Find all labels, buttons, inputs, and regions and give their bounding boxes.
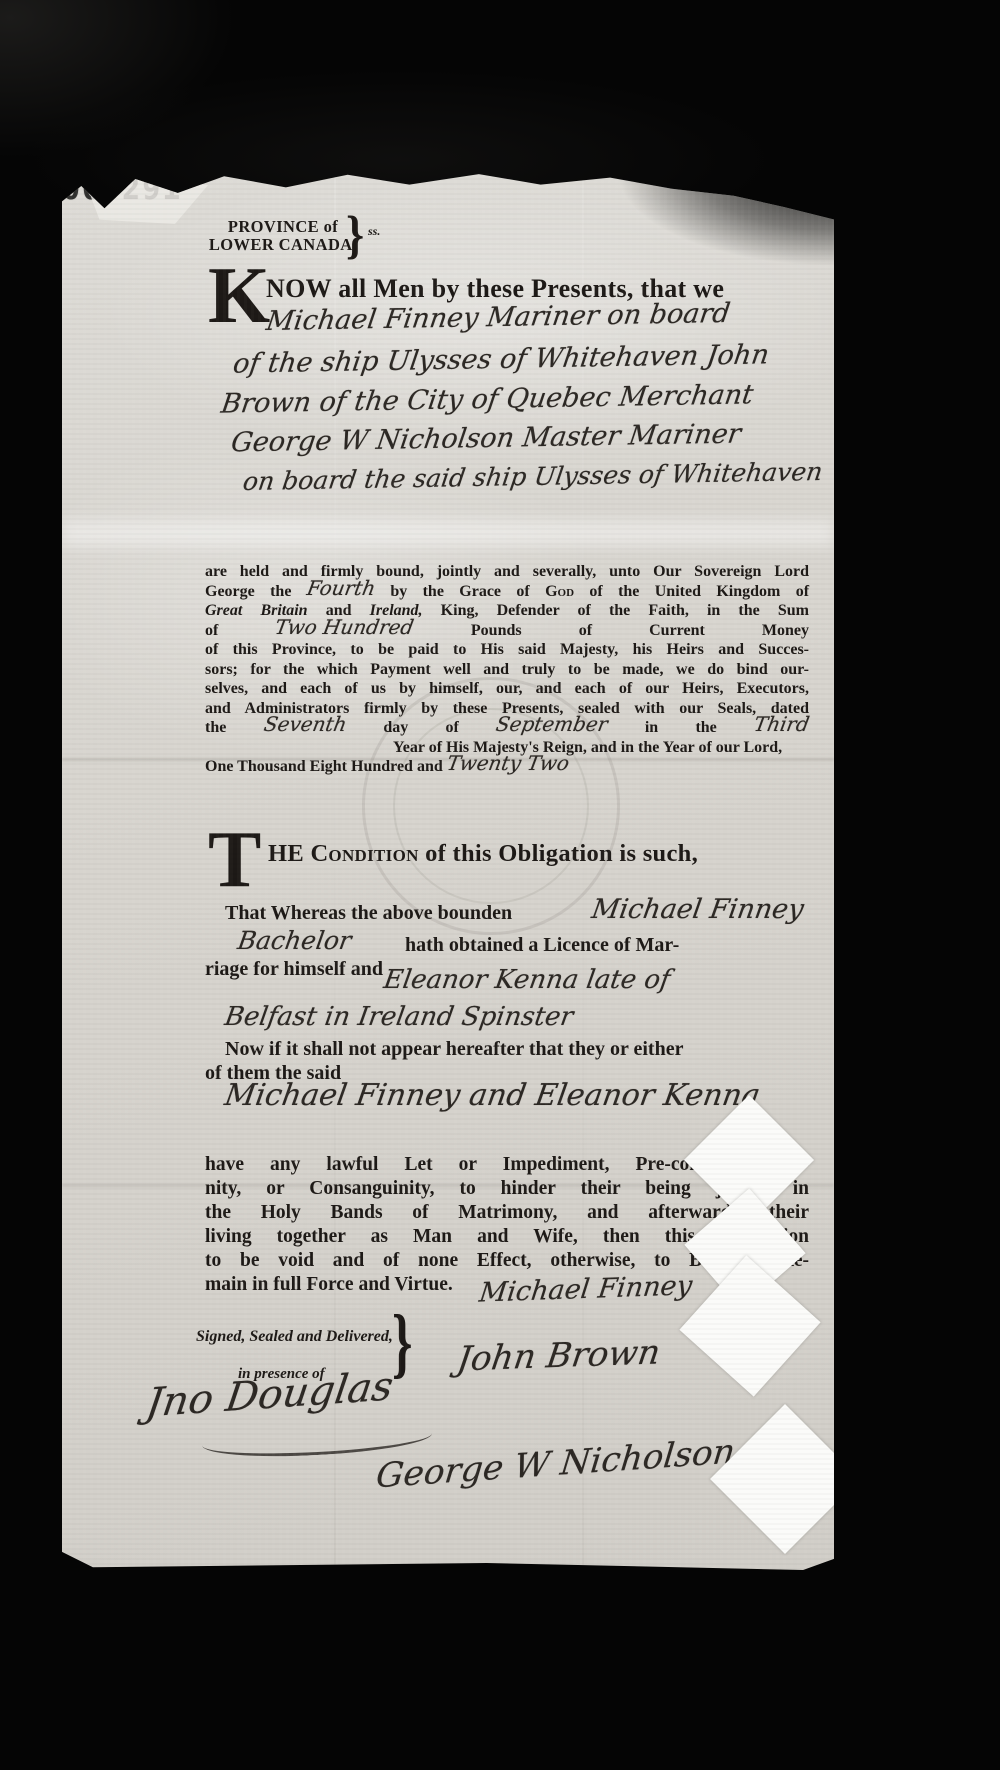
condition-heading: HE Condition of this Obligation is such, (268, 840, 698, 868)
paper-fold-corner (90, 170, 208, 224)
scanned-document-page: PROVINCE of LOWER CANADA. } ss. 000291 K… (0, 0, 1000, 1770)
handwritten-month: September (495, 719, 608, 729)
handwritten-regnal-year: Third (753, 719, 810, 729)
seal-cutout-4 (710, 1404, 860, 1554)
principal-signature: Michael Finney (478, 1270, 694, 1308)
handwritten-couple-names: Michael Finney and Eleanor Kenna (222, 1078, 762, 1113)
bond-line: selves, and each of us by himself, our, … (205, 680, 809, 700)
handwritten-day: Seventh (263, 719, 347, 729)
handwritten-party-line: Brown of the City of Quebec Merchant (219, 379, 755, 419)
handwritten-party-line: of the ship Ulysses of Whitehaven John (231, 339, 771, 379)
surety-signature-2: George W Nicholson (374, 1432, 737, 1497)
province-caption: PROVINCE of LOWER CANADA. (202, 218, 364, 254)
bond-line: of Two Hundred Pounds of Current Money (205, 622, 809, 642)
bond-date-line: the Seventh day of September in the Thir… (205, 719, 809, 739)
handwritten-groom-name: Michael Finney (590, 894, 806, 925)
ss-abbreviation: ss. (368, 224, 380, 239)
surety-signature-1: John Brown (455, 1332, 663, 1379)
attestation-brace: } (392, 1299, 413, 1388)
whereas-line: That Whereas the above bounden (225, 902, 512, 925)
handwritten-regnal-name: Fourth (306, 583, 376, 593)
dropcap-t: T (208, 824, 261, 896)
bond-line: George the Fourth by the Grace of God of… (205, 583, 809, 603)
handwritten-party-line: George W Nicholson Master Mariner (229, 419, 743, 459)
bond-paper: PROVINCE of LOWER CANADA. } ss. 000291 K… (62, 172, 834, 1570)
province-line1: PROVINCE of (202, 218, 364, 236)
handwritten-marital-status: Bachelor (236, 926, 354, 955)
bond-year-line: One Thousand Eight Hundred and Twenty Tw… (205, 758, 809, 778)
licence-line: riage for himself and (205, 958, 383, 981)
proviso-line: Now if it shall not appear hereafter tha… (225, 1038, 683, 1061)
handwritten-year: Twenty Two (446, 758, 570, 768)
witness-signature: Jno Douglas (143, 1364, 396, 1427)
bond-line: of this Province, to be paid to His said… (205, 641, 809, 661)
bond-paragraph: are held and firmly bound, jointly and s… (205, 563, 809, 778)
handwritten-sum: Two Hundred (275, 622, 415, 632)
bond-line: are held and firmly bound, jointly and s… (205, 563, 809, 583)
licence-line: hath obtained a Licence of Mar- (405, 934, 679, 957)
vertical-crease (334, 172, 336, 1570)
handwritten-bride-name: Eleanor Kenna late of (382, 965, 673, 995)
attestation-line1: Signed, Sealed and Delivered, (196, 1328, 393, 1346)
dropcap-k: K (208, 260, 270, 332)
handwritten-party-line: on board the said ship Ulysses of Whiteh… (241, 457, 824, 496)
bond-line: sors; for the which Payment well and tru… (205, 661, 809, 681)
handwritten-bride-origin: Belfast in Ireland Spinster (223, 1002, 576, 1032)
horizontal-crease (62, 520, 834, 546)
header-brace: } (346, 204, 364, 265)
